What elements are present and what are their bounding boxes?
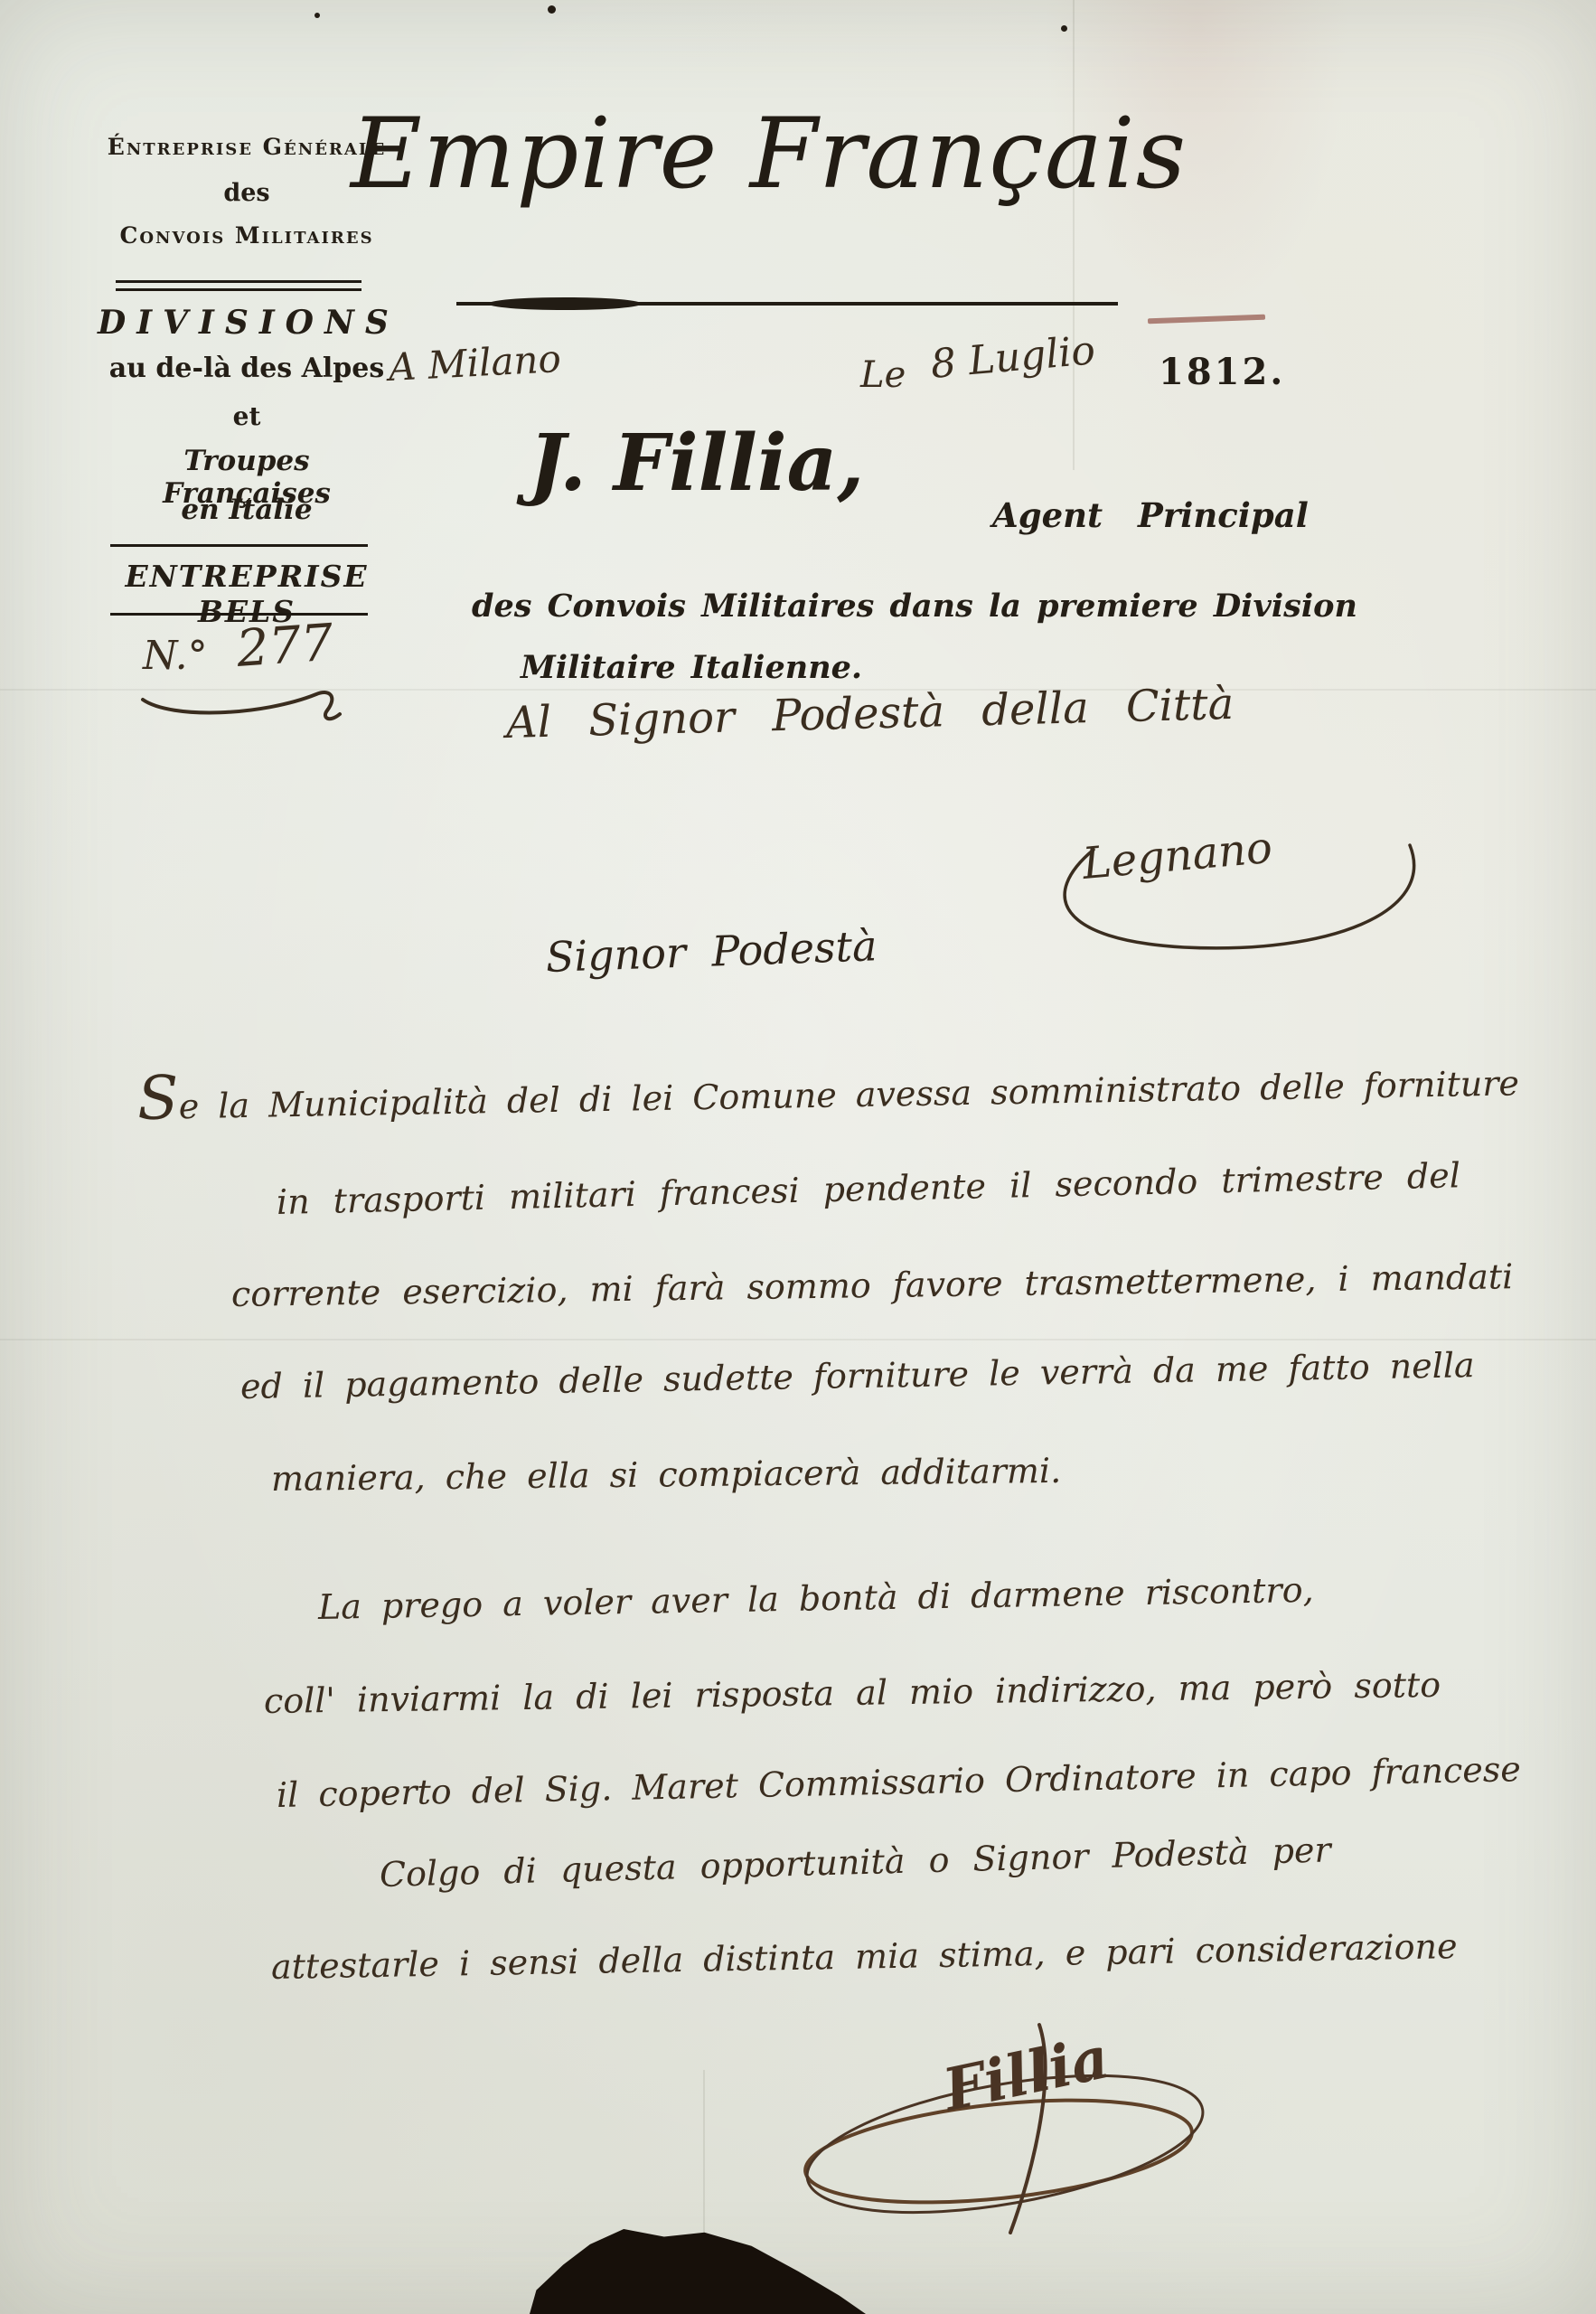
letterhead-double-rule — [116, 280, 361, 291]
letterhead-rule-top — [110, 544, 368, 547]
body-line: ed il pagamento delle sudette forniture … — [240, 1345, 1475, 1406]
body-line: Colgo di questa opportunità o Signor Pod… — [379, 1830, 1331, 1895]
body-line: corrente esercizio, mi farà sommo favore… — [231, 1256, 1514, 1314]
body-line: attestarle i sensi della distinta mia st… — [271, 1926, 1458, 1987]
agent-desc-line2: Militaire Italienne. — [521, 649, 862, 686]
letterhead-number-value: 277 — [235, 614, 335, 679]
body-line: in trasporti militari francesi pendente … — [277, 1155, 1461, 1222]
agent-title: Agent Principal — [992, 495, 1309, 535]
ink-speck — [1061, 25, 1067, 32]
vertical-fold-crease — [1073, 0, 1075, 470]
body-line: Se la Municipalità del di lei Comune ave… — [136, 1039, 1519, 1133]
letterhead-division-line4: en Italie — [98, 494, 396, 526]
signature-flourish: Fillia — [768, 2016, 1220, 2251]
letter-page: Éntreprise Générale des Convois Militair… — [0, 0, 1596, 2314]
document-title: Empire Français — [351, 98, 1187, 211]
letterhead-org-line3: Convois Militaires — [98, 222, 396, 249]
dateline-place: A Milano — [388, 336, 562, 390]
body-line: La prego a voler aver la bontà di darmen… — [318, 1570, 1314, 1627]
red-ink-streak — [1148, 315, 1265, 325]
dateline-day-month: 8 Luglio — [929, 327, 1097, 388]
body-line: il coperto del Sig. Maret Commissario Or… — [277, 1749, 1522, 1815]
body-line: maniera, che ella si compiacerà additarm… — [271, 1451, 1062, 1499]
number-underline-flourish — [136, 683, 352, 725]
letterhead-division-title: DIVISIONS — [98, 304, 396, 342]
agent-desc-line1: des Convois Militaires dans la premiere … — [472, 588, 1357, 625]
addressee-flourish — [985, 795, 1473, 967]
title-ornament-rule — [456, 295, 1118, 313]
dateline-year: 1812. — [1159, 351, 1285, 393]
letterhead-number-label: N.° — [143, 633, 208, 679]
ink-speck — [315, 13, 320, 18]
dateline-le: Le — [860, 354, 906, 396]
signature-name: Fillia — [936, 2024, 1115, 2125]
salutation: Signor Podestà — [545, 921, 878, 982]
letterhead-division-line2: et — [98, 401, 396, 431]
body-line: coll' inviarmi la di lei risposta al mio… — [264, 1665, 1441, 1721]
agent-name: J. Fillia, — [529, 418, 864, 509]
horizontal-fold-crease-2 — [0, 1339, 1596, 1340]
ink-speck — [548, 5, 556, 14]
letterhead-division-line1: au de-là des Alpes — [98, 353, 396, 384]
